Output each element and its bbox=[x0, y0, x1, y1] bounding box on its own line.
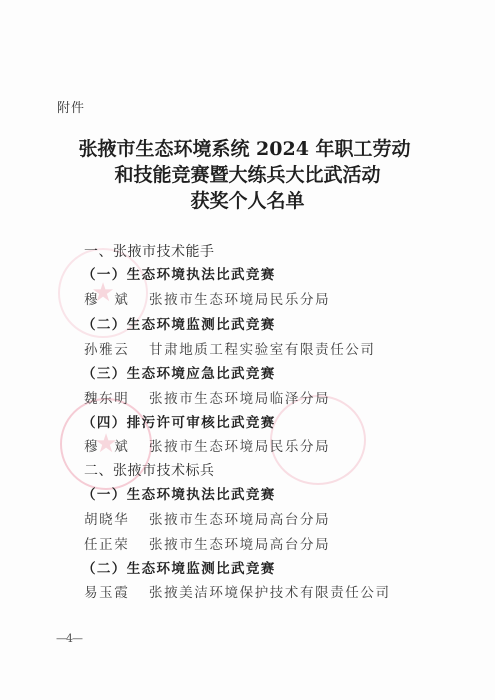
section-heading: 一、张掖市技术能手 bbox=[84, 242, 215, 262]
title-line-2: 和技能竞赛暨大练兵大比武活动 bbox=[0, 162, 495, 188]
award-entry: 魏东明张掖市生态环境局临泽分局 bbox=[84, 389, 330, 409]
winner-name: 易玉霞 bbox=[84, 583, 149, 603]
award-entry: 穆 斌张掖市生态环境局民乐分局 bbox=[84, 437, 330, 457]
winner-name: 孙雅云 bbox=[84, 340, 149, 360]
document-page: ★ ★ 附件 张掖市生态环境系统 2024 年职工劳动 和技能竞赛暨大练兵大比武… bbox=[0, 0, 495, 700]
winner-organization: 张掖市生态环境局临泽分局 bbox=[149, 389, 330, 409]
winner-organization: 甘肃地质工程实验室有限责任公司 bbox=[149, 340, 376, 360]
winner-organization: 张掖市生态环境局高台分局 bbox=[149, 535, 330, 555]
title-line-1: 张掖市生态环境系统 2024 年职工劳动 bbox=[0, 136, 495, 162]
winner-organization: 张掖美洁环境保护技术有限责任公司 bbox=[149, 583, 391, 603]
group-subheading: （一）生态环境执法比武竞赛 bbox=[82, 265, 276, 285]
winner-organization: 张掖市生态环境局民乐分局 bbox=[149, 437, 330, 457]
winner-name: 魏东明 bbox=[84, 389, 149, 409]
winner-name: 穆 斌 bbox=[84, 290, 149, 310]
winner-name: 胡晓华 bbox=[84, 510, 149, 530]
group-subheading: （三）生态环境应急比武竞赛 bbox=[82, 364, 276, 384]
award-entry: 任正荣张掖市生态环境局高台分局 bbox=[84, 535, 330, 555]
section-heading: 二、张掖市技术标兵 bbox=[84, 461, 215, 481]
document-title: 张掖市生态环境系统 2024 年职工劳动 和技能竞赛暨大练兵大比武活动 获奖个人… bbox=[0, 136, 495, 214]
group-subheading: （二）生态环境监测比武竞赛 bbox=[82, 315, 276, 335]
award-entry: 易玉霞张掖美洁环境保护技术有限责任公司 bbox=[84, 583, 391, 603]
group-subheading: （二）生态环境监测比武竞赛 bbox=[82, 559, 276, 579]
group-subheading: （四）排污许可审核比武竞赛 bbox=[82, 413, 276, 433]
winner-name: 穆 斌 bbox=[84, 437, 149, 457]
award-entry: 孙雅云甘肃地质工程实验室有限责任公司 bbox=[84, 340, 376, 360]
title-line-3: 获奖个人名单 bbox=[0, 188, 495, 214]
attachment-label: 附件 bbox=[57, 97, 85, 116]
winner-organization: 张掖市生态环境局民乐分局 bbox=[149, 290, 330, 310]
award-entry: 胡晓华张掖市生态环境局高台分局 bbox=[84, 510, 330, 530]
page-number: —4— bbox=[56, 632, 82, 645]
award-entry: 穆 斌张掖市生态环境局民乐分局 bbox=[84, 290, 330, 310]
winner-name: 任正荣 bbox=[84, 535, 149, 555]
winner-organization: 张掖市生态环境局高台分局 bbox=[149, 510, 330, 530]
group-subheading: （一）生态环境执法比武竞赛 bbox=[82, 485, 276, 505]
